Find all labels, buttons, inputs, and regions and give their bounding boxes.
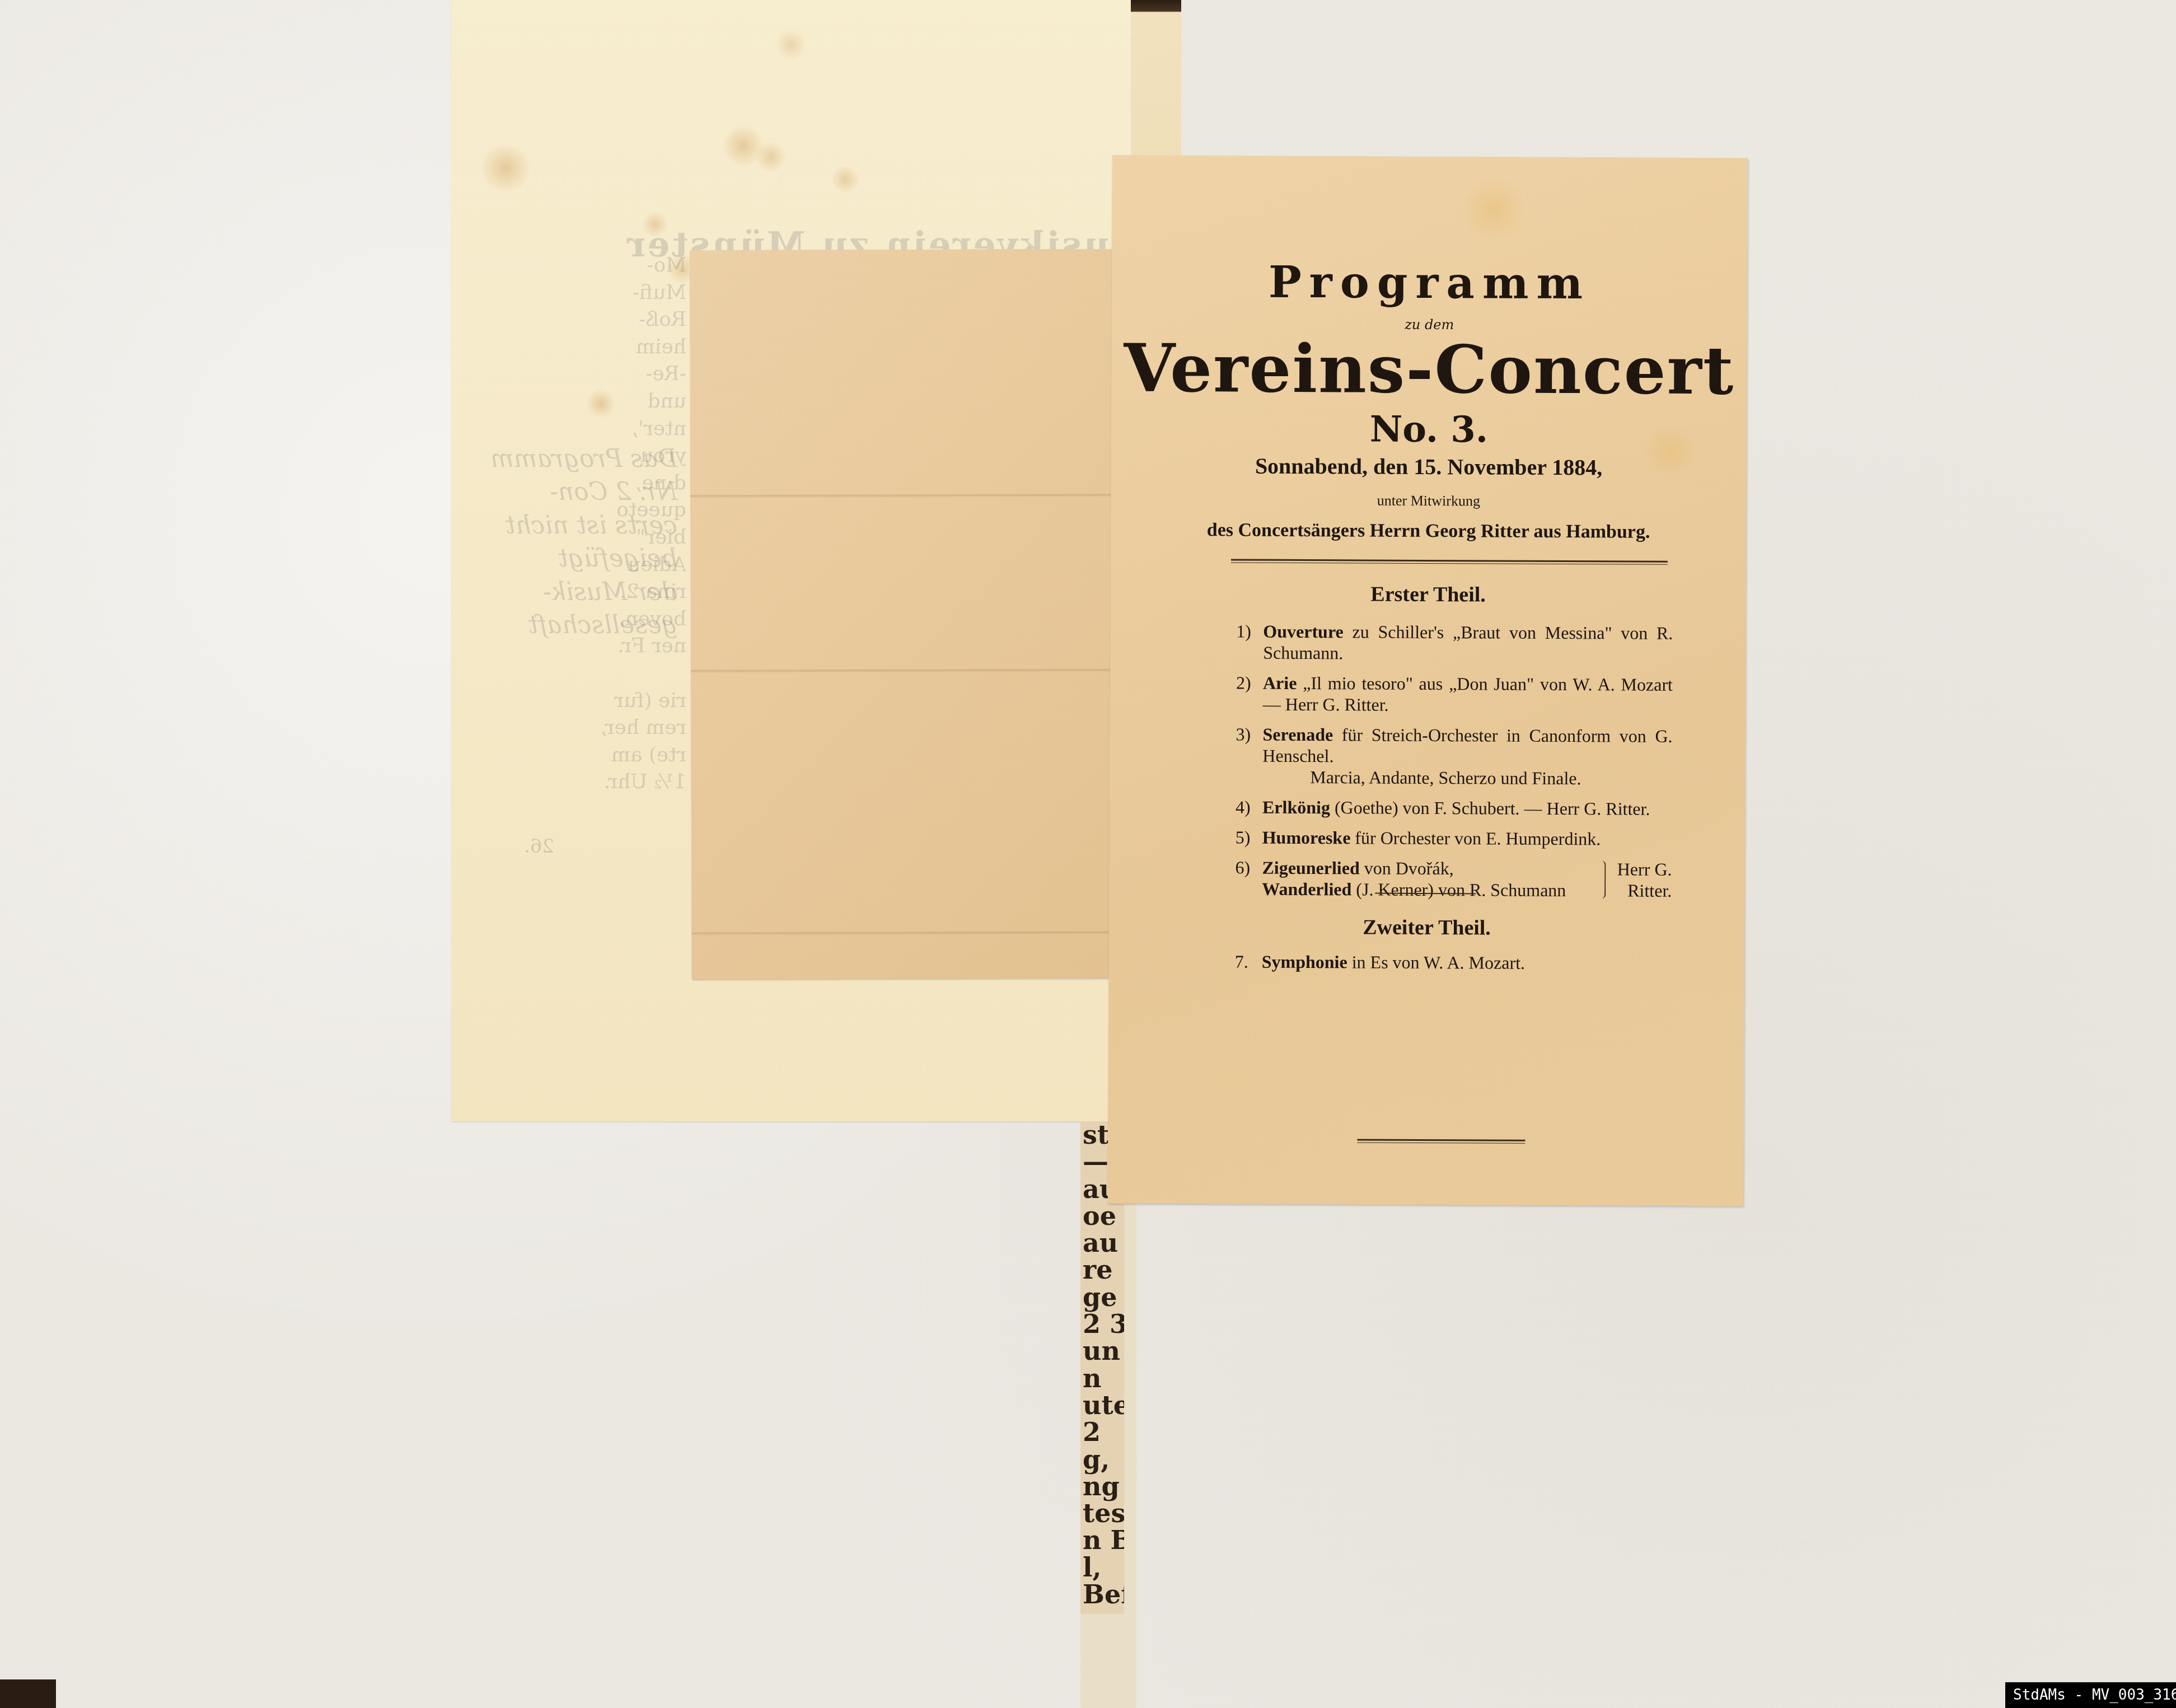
brace-bracket — [1595, 860, 1606, 899]
fragment-text: au — [1080, 1229, 1124, 1256]
item-work: Humoreske — [1262, 827, 1351, 848]
item-movements: Marcia, Andante, Scherzo und Finale. — [1262, 766, 1672, 789]
item-work: Arie — [1263, 673, 1297, 693]
fragment-text: Bef — [1080, 1581, 1124, 1608]
program-item: 5) Humoreske für Orchester von E. Humper… — [1236, 827, 1672, 850]
fragment-text: l, — [1080, 1554, 1124, 1581]
fragment-text: 2 3 — [1080, 1311, 1124, 1337]
concert-program-card: Programm zu dem Vereins-Concert No. 3. S… — [1108, 156, 1748, 1206]
part-two-heading: Zweiter Theil. — [1109, 914, 1744, 942]
closing-rule-divider — [1357, 1139, 1525, 1141]
part-two-list: 7. Symphonie in Es von W. A. Mozart. — [1235, 951, 1672, 983]
upper-paper-strip — [1131, 0, 1181, 168]
event-title: Vereins-Concert — [1111, 329, 1747, 410]
fragment-text: un — [1080, 1337, 1124, 1364]
double-rule-divider — [1231, 559, 1668, 562]
fragment-text: n B — [1080, 1527, 1124, 1553]
fragment-text: ng — [1080, 1473, 1124, 1500]
grouped-works: Zigeunerlied von Dvořák, Wanderlied (J. … — [1262, 857, 1591, 901]
program-title: Programm — [1112, 256, 1747, 310]
item-details: (J. Kerner) von R. Schumann — [1351, 879, 1566, 900]
item-work: Zigeunerlied — [1262, 858, 1359, 878]
item-details: „Il mio tesoro" aus „Don Juan" von W. A.… — [1263, 673, 1673, 715]
program-item: 3) Serenade für Streich-Orchester in Can… — [1236, 724, 1672, 789]
program-item: 4) Erlkönig (Goethe) von F. Schubert. — … — [1236, 797, 1672, 820]
item-work: Symphonie — [1262, 952, 1347, 972]
bleed-through-handwriting: Das Programm Nr. 2 Con- certs ist nicht … — [490, 442, 677, 642]
collaboration-intro: unter Mitwirkung — [1111, 492, 1746, 511]
program-item-grouped: 6) Zigeunerlied von Dvořák, Wanderlied (… — [1235, 857, 1672, 901]
part-one-heading: Erster Theil. — [1111, 581, 1746, 609]
part-one-list: 1) Ouverture zu Schiller's „Braut von Me… — [1235, 621, 1673, 910]
bleed-through-page-number: 26. — [524, 834, 554, 860]
fragment-text: ute — [1080, 1392, 1124, 1419]
fragment-text: tes — [1080, 1500, 1124, 1527]
item-work: Serenade — [1263, 724, 1333, 745]
program-item: 2) Arie „Il mio tesoro" aus „Don Juan" v… — [1236, 672, 1673, 717]
item-work: Erlkönig — [1262, 797, 1330, 818]
archive-id-label: StdAMs - MV_003_316 — [2005, 1682, 2176, 1708]
item-details: (Goethe) von F. Schubert. — Herr G. Ritt… — [1330, 797, 1650, 818]
item-number: 6) — [1235, 857, 1250, 878]
program-item: 7. Symphonie in Es von W. A. Mozart. — [1235, 951, 1672, 974]
item-performer: Herr G. Ritter. — [1610, 858, 1672, 901]
fragment-text: g, — [1080, 1446, 1124, 1473]
program-item: 1) Ouverture zu Schiller's „Braut von Me… — [1236, 621, 1673, 665]
item-details: von Dvořák, — [1360, 858, 1454, 878]
item-details: in Es von W. A. Mozart. — [1347, 952, 1525, 972]
item-number: 3) — [1236, 724, 1251, 745]
item-details: für Orchester von E. Humperdink. — [1350, 827, 1601, 849]
fragment-text: ge — [1080, 1284, 1124, 1311]
item-work: Wanderlied — [1262, 879, 1351, 900]
fragment-text: 2 — [1080, 1419, 1124, 1445]
item-number: 5) — [1236, 827, 1251, 848]
tan-paper-overlay — [690, 249, 1131, 979]
item-number: 4) — [1236, 797, 1251, 818]
concert-date: Sonnabend, den 15. November 1884, — [1111, 452, 1747, 481]
item-number: 1) — [1236, 621, 1251, 642]
concert-number: No. 3. — [1111, 408, 1747, 452]
newspaper-strip: ste — au oe au re ge 2 3 un n ute 2 g, n… — [1080, 1121, 1136, 1708]
fragment-text: oe — [1080, 1202, 1124, 1229]
item-work: Ouverture — [1263, 621, 1344, 642]
item-number: 7. — [1235, 951, 1248, 972]
dark-binding-edge — [0, 1679, 56, 1708]
item-number: 2) — [1236, 672, 1251, 694]
fragment-text: n — [1080, 1365, 1124, 1392]
guest-singer: des Concertsängers Herrn Georg Ritter au… — [1111, 520, 1746, 544]
fragment-text: re — [1080, 1256, 1124, 1283]
